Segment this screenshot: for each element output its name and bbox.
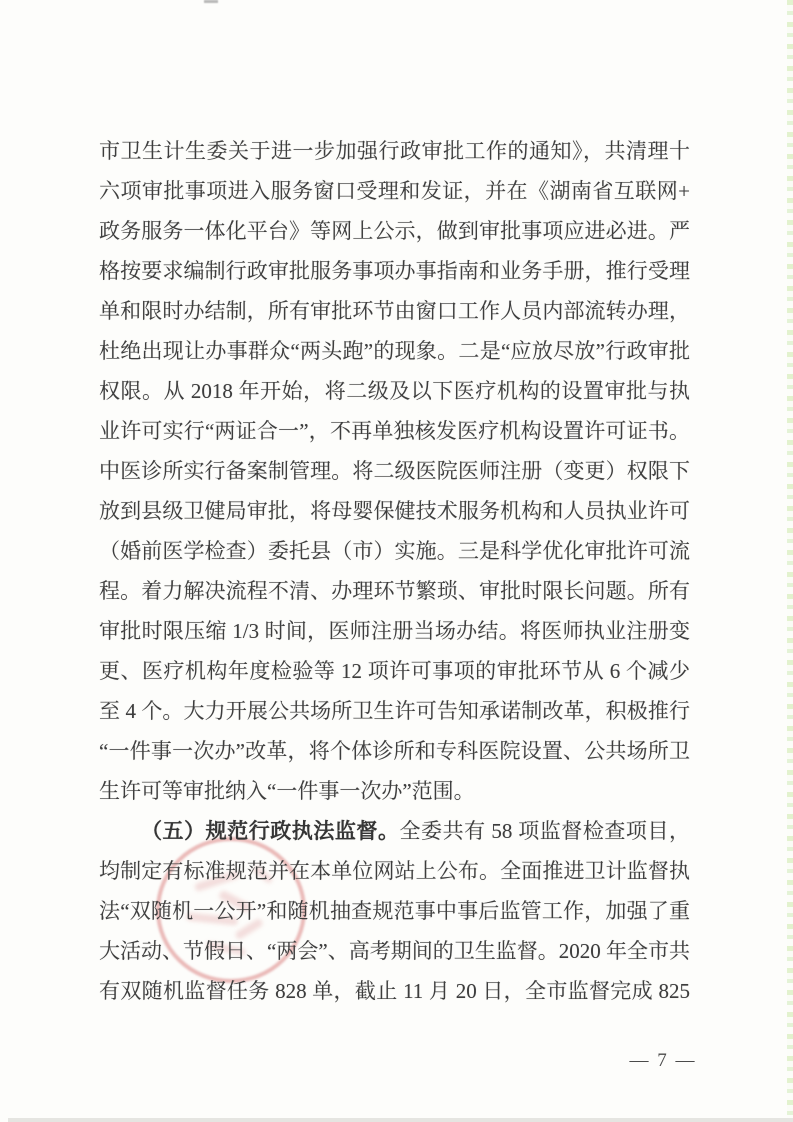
page-number: — 7 — [613, 1048, 713, 1074]
scanned-document-page: 市卫生计生委关于进一步加强行政审批工作的通知》，共清理十 六项审批事项进入服务窗… [0, 0, 793, 1122]
text-line: 杜绝出现让办事群众“两头跑”的现象。二是“应放尽放”行政审批 [99, 331, 690, 371]
text-line: 六项审批事项进入服务窗口受理和发证，并在《湖南省互联网+ [99, 171, 690, 211]
section-heading-continuation: 全委共有 58 项监督检查项目， [399, 819, 690, 843]
text-line-section-heading: （五）规范行政执法监督。全委共有 58 项监督检查项目， [99, 811, 690, 851]
text-line: “一件事一次办”改革，将个体诊所和专科医院设置、公共场所卫 [99, 731, 690, 771]
text-line: 政务服务一体化平台》等网上公示，做到审批事项应进必进。严 [99, 211, 690, 251]
text-line: 放到县级卫健局审批，将母婴保健技术服务机构和人员执业许可 [99, 491, 690, 531]
text-line: 生许可等审批纳入“一件事一次办”范围。 [99, 771, 690, 811]
section-heading: （五）规范行政执法监督。 [141, 819, 399, 843]
text-line: 更、医疗机构年度检验等 12 项许可事项的审批环节从 6 个减少 [99, 651, 690, 691]
text-line: 市卫生计生委关于进一步加强行政审批工作的通知》，共清理十 [99, 131, 690, 171]
text-line: （婚前医学检查）委托县（市）实施。三是科学优化审批许可流 [99, 531, 690, 571]
scan-artifact-bottom-edge [8, 1118, 793, 1122]
scan-artifact-right-edge [787, 0, 793, 1122]
text-line: 审批时限压缩 1/3 时间，医师注册当场办结。将医师执业注册变 [99, 611, 690, 651]
text-line: 至 4 个。大力开展公共场所卫生许可告知承诺制改革，积极推行 [99, 691, 690, 731]
text-line: 单和限时办结制，所有审批环节由窗口工作人员内部流转办理， [99, 291, 690, 331]
text-line: 均制定有标准规范并在本单位网站上公布。全面推进卫计监督执 [99, 851, 690, 891]
body-text: 市卫生计生委关于进一步加强行政审批工作的通知》，共清理十 六项审批事项进入服务窗… [99, 131, 690, 1011]
text-line: 格按要求编制行政审批服务事项办事指南和业务手册，推行受理 [99, 251, 690, 291]
text-line: 法“双随机一公开”和随机抽查规范事中事后监管工作，加强了重 [99, 891, 690, 931]
text-line: 权限。从 2018 年开始，将二级及以下医疗机构的设置审批与执 [99, 371, 690, 411]
text-line: 程。着力解决流程不清、办理环节繁琐、审批时限长问题。所有 [99, 571, 690, 611]
text-line: 中医诊所实行备案制管理。将二级医院医师注册（变更）权限下 [99, 451, 690, 491]
text-line: 业许可实行“两证合一”，不再单独核发医疗机构设置许可证书。 [99, 411, 690, 451]
text-line: 有双随机监督任务 828 单，截止 11 月 20 日，全市监督完成 825 [99, 971, 690, 1011]
text-line: 大活动、节假日、“两会”、高考期间的卫生监督。2020 年全市共 [99, 931, 690, 971]
scan-artifact-top [204, 0, 218, 3]
